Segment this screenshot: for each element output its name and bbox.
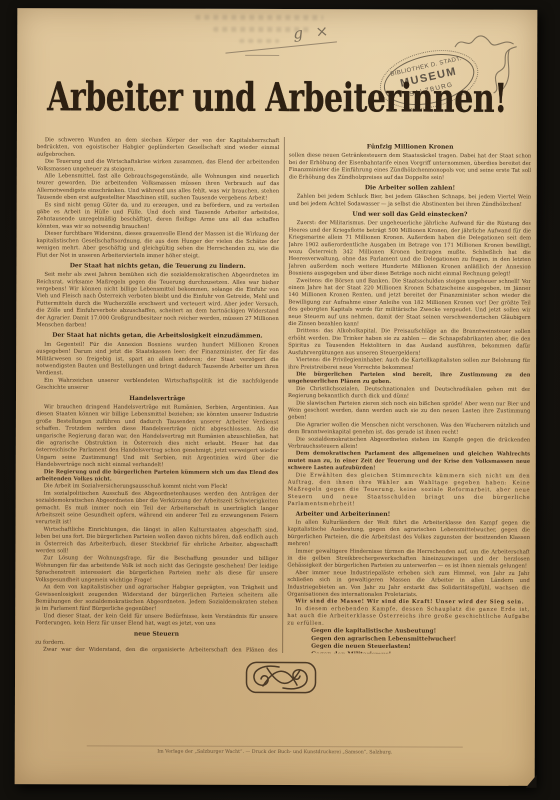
paragraph: Dieser furchtbare Widersinn, dieses grau… bbox=[36, 230, 279, 260]
bold-paragraph: Die Regierung und die bürgerlichen Parte… bbox=[36, 468, 279, 483]
paragraph: Und dieser Staat, der kein Geld für unse… bbox=[35, 612, 278, 627]
paragraph: Die Christlichsozialen, Deutschnationale… bbox=[287, 385, 530, 400]
paragraph: Die Agrarier wollen die Menschen nicht v… bbox=[287, 421, 530, 436]
paragraph: Die Erwählten des gleichen Stimmrechts k… bbox=[287, 471, 530, 508]
imprint-rule bbox=[87, 745, 463, 747]
paragraph: Im sozialpolitischen Ausschuß des Abgeor… bbox=[36, 490, 279, 527]
paragraph: Ein Wahrzeichen unserer verblendeten Wir… bbox=[36, 377, 279, 392]
subsection-heading: Arbeiter und Arbeiterinnen! bbox=[287, 509, 530, 518]
bold-paragraph: Die bürgerlichen Parteien sind bereit, i… bbox=[288, 370, 531, 385]
section-heading: Die Arbeiter sollen zahlen! bbox=[288, 183, 531, 192]
pencil-note: g × bbox=[293, 22, 333, 43]
paragraph: Viertens: die Privilegieninhaber. Auch d… bbox=[288, 356, 531, 371]
paragraph: An dem von kapitalistischer und agrarisc… bbox=[35, 583, 278, 613]
section-heading: Und wer soll das Geld einstecken? bbox=[288, 210, 531, 219]
paragraph: In allen Kulturländern der Welt führt di… bbox=[287, 519, 530, 549]
paragraph: Im Gegenteil! Für die Annexion Bosniens … bbox=[36, 341, 279, 378]
scan-background: g × BIBLIOTHEK D. STADT. MUSEUM SALZBURG… bbox=[0, 0, 560, 800]
imprint: Im Verlage der „Salzburger Wacht“. — Dru… bbox=[15, 748, 535, 761]
paragraph: Wirtschaftliche Einrichtungen, die längs… bbox=[35, 526, 278, 556]
paragraph: Wir brauchen dringend Handelsverträge mi… bbox=[36, 403, 279, 469]
paragraph: Die sozialdemokratischen Abgeordneten st… bbox=[287, 435, 530, 450]
column-divider bbox=[282, 137, 285, 653]
paragraph: Die schweren Wunden an dem siechen Körpe… bbox=[37, 136, 280, 158]
section-heading: neue Steuern bbox=[35, 629, 278, 638]
faint-ghost-stamp bbox=[195, 15, 323, 20]
section-heading: Fünfzig Millionen Kronen bbox=[288, 142, 531, 151]
bold-paragraph: Dem demokratischen Parlament des allgeme… bbox=[287, 450, 530, 472]
section-heading: Der Staat hat nichts getan, die Arbeitsl… bbox=[36, 331, 279, 340]
paragraph: Drittens: das Alkoholkapital. Die Preisa… bbox=[288, 327, 531, 357]
paragraph: In diesem erhebenden Kampfe, dessen Scha… bbox=[287, 605, 530, 627]
paragraph: Zuerst: der Militarismus. Der ungeheuerl… bbox=[288, 219, 531, 277]
paragraph: Alle Lebensmittel, fast alle Gebrauchsge… bbox=[37, 172, 280, 202]
section-heading: Der Staat hat nichts getan, die Teuerung… bbox=[36, 261, 279, 270]
paragraph: sollen diese neuen Getränkesteuern dem S… bbox=[288, 152, 531, 182]
paragraph: Aber immer neue Industriepaläste erheben… bbox=[287, 569, 530, 599]
poster-title-text: Arbeiter und Arbeiterinnen! bbox=[47, 75, 507, 123]
pencil-mark bbox=[245, 55, 279, 56]
body-columns: Die schweren Wunden an dem siechen Körpe… bbox=[35, 136, 531, 654]
right-column-text: Fünfzig Millionen Kronen sollen diese ne… bbox=[287, 142, 531, 654]
right-column: Fünfzig Millionen Kronen sollen diese ne… bbox=[287, 137, 531, 654]
section-heading: Handelsverträge bbox=[36, 393, 279, 402]
paragraph: Zur Lösung der Wohnungsfrage, für die Be… bbox=[35, 554, 278, 584]
paragraph: Die slawischen Parteien zieren sich noch… bbox=[287, 399, 530, 421]
imprint-text: Im Verlage der „Salzburger Wacht“. — Dru… bbox=[15, 748, 535, 755]
paragraph: Immer gewaltigere Hindernisse türmen die… bbox=[287, 547, 530, 569]
pencil-mark bbox=[225, 41, 337, 53]
paragraph: Zahlen bei jedem Schluck Bier, bei jedem… bbox=[288, 193, 531, 208]
paragraph: Seit mehr als zwei Jahren bemühen sich d… bbox=[36, 271, 279, 329]
poster-paper: g × BIBLIOTHEK D. STADT. MUSEUM SALZBURG… bbox=[15, 8, 538, 786]
art-nouveau-ornament bbox=[245, 661, 317, 694]
paragraph: Es sind nicht genug Güter da, und zu erz… bbox=[37, 201, 280, 231]
paragraph: Zwar war der Widerstand, den die organis… bbox=[35, 646, 278, 653]
slogan-line: Gegen den Militarismus! bbox=[287, 650, 530, 654]
faint-ghost-stamp bbox=[239, 39, 279, 43]
poster-title: Arbeiter und Arbeiterinnen! bbox=[17, 80, 537, 117]
paragraph: Die Teuerung und die Wirtschaftskrise wi… bbox=[37, 158, 280, 173]
paragraph: Zweitens: die Börsen und Banken. Die Sta… bbox=[288, 277, 531, 328]
left-column: Die schweren Wunden an dem siechen Körpe… bbox=[35, 136, 279, 653]
left-column-text: Die schweren Wunden an dem siechen Körpe… bbox=[35, 136, 279, 653]
